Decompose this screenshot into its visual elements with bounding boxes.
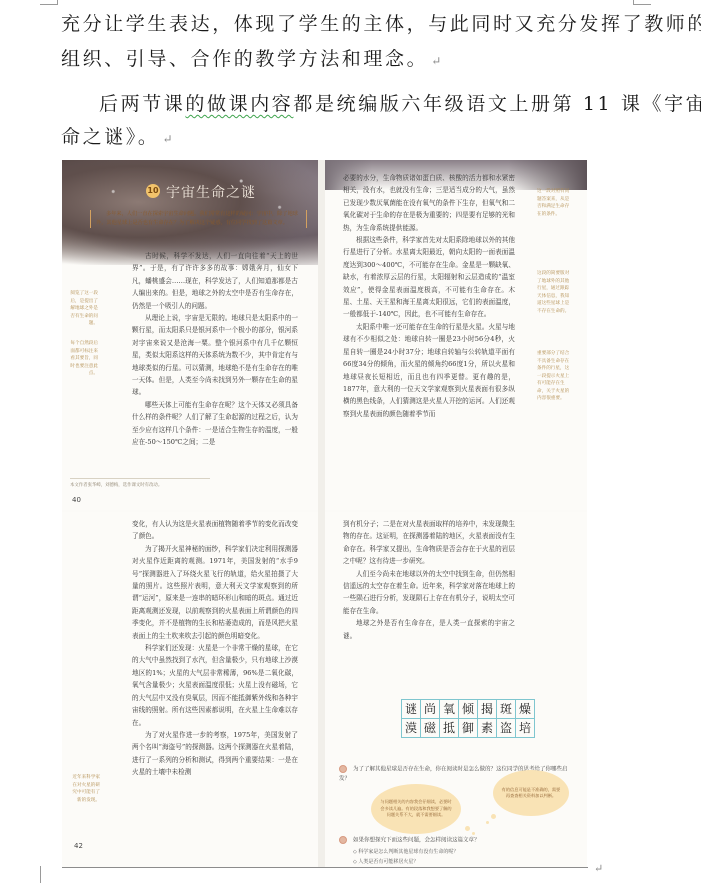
lesson-intro: 多年来，人们一直在探索宇宙生命问题。我们常常有这样的疑问：宇宙中，除了地球外，其…	[90, 210, 307, 228]
page-number: 40	[72, 496, 81, 504]
side-note: 这一段对照有问题答案来，从是否和满足生命存在的条件。	[537, 188, 573, 218]
paragraph-mark-icon: ↵	[594, 862, 603, 875]
text: 命之谜》。	[61, 126, 160, 148]
paragraph: 到有机分子；二是在对火星表面取样的培养中，未发现微生物的存在。这证明，在探测器着…	[343, 518, 515, 568]
body-text: 古时候，科学不发达，人们一直向往着“天上的世界”。于是，有了许许多多的故事：嫦娥…	[132, 250, 298, 449]
char-cell: 尚	[421, 700, 440, 719]
thought-bubble-left: 与问题相关的内容我会仔细读，必要时会多读几遍。有的段落和我想要了解的问题关系不大…	[371, 784, 461, 834]
paragraph: 哪些天体上可能有生命存在呢？这个天体又必须具备什么样的条件呢？人们了解了生命起源…	[132, 399, 298, 449]
spellcheck-squiggle[interactable]: 的做课内容	[185, 93, 293, 115]
body-text: 必要的水分，生命物质诸如蛋白质、核酸的活力都和水紧密相关，没有水，也就没有生命；…	[343, 172, 515, 420]
doc-paragraph-1-line-1[interactable]: 充分让学生表达，体现了学生的主体，与此同时又充分发挥了教师的	[61, 15, 641, 34]
char-cell: 谜	[402, 700, 421, 719]
thought-bubble-tail	[465, 826, 470, 831]
textbook-page-40: 10 宇宙生命之谜 多年来，人们一直在探索宇宙生命问题。我们常常有这样的疑问：宇…	[62, 160, 318, 510]
paragraph: 太阳系中唯一还可能存在生命的行星是火星。火星与地球有不少相似之处：地球自转一圈是…	[343, 321, 515, 420]
doc-paragraph-2-line-1[interactable]: 后两节课的做课内容都是统编版六年级语文上册第 11 课《宇宙生	[61, 95, 641, 114]
lesson-number-badge: 10	[146, 184, 160, 198]
page-corner-mark-bottom-left	[40, 866, 41, 883]
text: 后两节课	[99, 93, 185, 115]
paragraph: 人们至今尚未在地球以外的太空中找到生命，但仍然相信遥远的太空存在着生命。近年来，…	[343, 568, 515, 618]
book-gutter	[318, 160, 325, 868]
char-cell: 倾	[459, 700, 478, 719]
question-text: 如果你想探究下面这些问题，会怎样阅读这篇文章？	[353, 838, 480, 844]
page-number: 42	[74, 842, 83, 850]
page-corner-mark-top-right	[633, 0, 651, 5]
table-row: 漠 磁 抵 御 素 盗 培	[402, 719, 535, 738]
char-cell: 盗	[497, 719, 516, 738]
textbook-page-41: 必要的水分，生命物质诸如蛋白质、核酸的活力都和水紧密相关，没有水，也就没有生命；…	[325, 160, 587, 510]
side-note: 近年来科学家在对火星的研究中可能有了新的发现。	[70, 774, 100, 804]
thought-bubble-tail	[472, 832, 475, 835]
paragraph-mark-icon: ↵	[163, 132, 173, 146]
sub-question: ◇ 人类是否有可能移居火星？	[353, 858, 418, 865]
thought-bubble-right: 有的信息可能是不准确的，需要再查查相关资料加以判断。	[493, 770, 569, 816]
paragraph-mark-icon: ↵	[431, 54, 441, 68]
text: 都是统编版六年级语文上册第 11 课《宇宙生	[293, 93, 701, 115]
char-cell: 氧	[440, 700, 459, 719]
paragraph: 从理论上说，宇宙是无限的。地球只是太阳系中的一颗行星，而太阳系只是银河系中一个极…	[132, 312, 298, 399]
char-cell: 燥	[516, 700, 535, 719]
paragraph: 为了对火星作进一步的考察，1975年，美国发射了两个名叫“海盗号”的探测器。这两…	[132, 729, 298, 779]
thought-bubble-tail	[486, 821, 489, 824]
side-note: 每个自然段后面都可标注来看其要旨，同时也要注意此点。	[70, 340, 98, 378]
textbook-scan-image[interactable]: 10 宇宙生命之谜 多年来，人们一直在探索宇宙生命问题。我们常常有这样的疑问：宇…	[62, 160, 587, 868]
question-bullet-icon	[339, 765, 347, 773]
textbook-page-43: 到有机分子；二是在对火星表面取样的培养中，未发现微生物的存在。这证明，在探测器着…	[325, 512, 587, 868]
side-note: 重要部分了结合不具备生命存在条件的行星，这一段提示火星上有可能存在生命，关于火星…	[537, 350, 573, 403]
side-note: 这段的简要版对了地球外的其他行星，通过跟踪天体信息，我知道这些星球上是不存在生命…	[537, 270, 573, 315]
char-cell: 漠	[402, 719, 421, 738]
char-cell: 揭	[478, 700, 497, 719]
body-text: 变化，有人认为这是火星表面植物随着季节的变化而改变了颜色。 为了揭开火星神秘的面…	[132, 518, 298, 779]
paragraph: 科学家们还发现：火星是一个非常干燥的星球，在它的大气中虽然找到了水汽，但含量极少…	[132, 642, 298, 729]
char-cell: 素	[478, 719, 497, 738]
doc-paragraph-1-line-2[interactable]: 组织、引导、合作的教学方法和理念。↵	[61, 50, 641, 69]
textbook-page-42: 变化，有人认为这是火星表面植物随着季节的变化而改变了颜色。 为了揭开火星神秘的面…	[62, 512, 318, 868]
body-text: 到有机分子；二是在对火星表面取样的培养中，未发现微生物的存在。这证明，在探测器着…	[343, 518, 515, 642]
paragraph: 地球之外是否有生命存在，是人类一直探索的宇宙之谜。	[343, 617, 515, 642]
char-cell: 抵	[440, 719, 459, 738]
paragraph: 古时候，科学不发达，人们一直向往着“天上的世界”。于是，有了许许多多的故事：嫦娥…	[132, 250, 298, 312]
paragraph: 为了揭开火星神秘的面纱，科学家们决定利用探测器对火星作近距离的观测。1971年，…	[132, 543, 298, 642]
paragraph: 变化，有人认为这是火星表面植物随着季节的变化而改变了颜色。	[132, 518, 298, 543]
doc-paragraph-2-line-2[interactable]: 命之谜》。↵	[61, 128, 641, 147]
reading-question-2: 如果你想探究下面这些问题，会怎样阅读这篇文章？	[339, 836, 569, 846]
paragraph: 必要的水分，生命物质诸如蛋白质、核酸的活力都和水紧密相关，没有水，也就没有生命；…	[343, 172, 515, 234]
table-row: 谜 尚 氧 倾 揭 斑 燥	[402, 700, 535, 719]
side-note: 阅览了这一段后，是提出了解地球之外是否有生命的问题。	[70, 290, 98, 328]
char-cell: 斑	[497, 700, 516, 719]
lesson-title: 宇宙生命之谜	[166, 182, 256, 202]
page-corner-mark-top-left	[40, 0, 58, 5]
char-cell: 培	[516, 719, 535, 738]
text: 充分让学生表达，体现了学生的主体，与此同时又充分发挥了教师的	[61, 13, 701, 35]
paragraph: 根据这些条件，科学家首先对太阳系除地球以外的其他行星进行了分析。水星离太阳最近，…	[343, 234, 515, 321]
new-characters-table: 谜 尚 氧 倾 揭 斑 燥 漠 磁 抵 御 素 盗 培	[401, 699, 535, 738]
thought-bubble-tail	[491, 814, 496, 819]
sub-question: ◇ 科学家是怎么判断其他星球有没有生命的呢？	[353, 848, 458, 855]
text: 组织、引导、合作的教学方法和理念。	[61, 48, 428, 70]
image-bottom-border	[62, 867, 588, 868]
question-bullet-icon	[339, 836, 347, 844]
char-cell: 御	[459, 719, 478, 738]
footnote: 本文作者张华嶂，刘德梅，选作课文时有改动。	[70, 478, 210, 488]
char-cell: 磁	[421, 719, 440, 738]
